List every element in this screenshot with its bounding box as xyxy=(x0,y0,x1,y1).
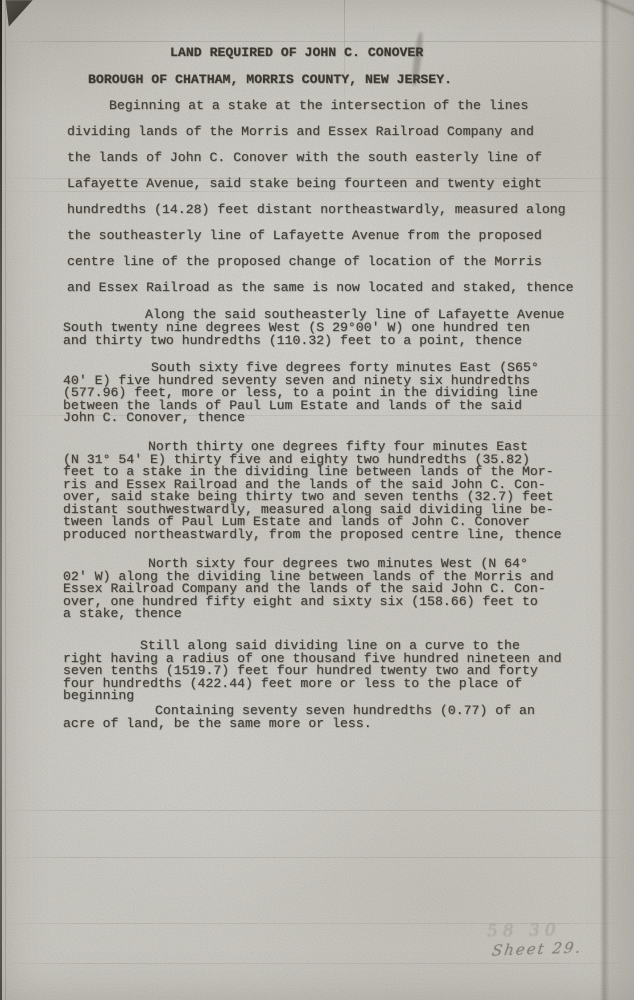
paragraph-beginning: Beginning at a stake at the intersection… xyxy=(67,93,573,301)
fold-crease-line xyxy=(0,810,634,811)
document-title: LAND REQUIRED OF JOHN C. CONOVER xyxy=(170,46,423,60)
folded-corner-mark xyxy=(0,0,40,28)
paragraph-course-southeast: South sixty five degrees forty minutes E… xyxy=(63,362,539,425)
scanned-document-page: LAND REQUIRED OF JOHN C. CONOVER BOROUGH… xyxy=(0,0,634,1000)
paragraph-course-northeast: North thirty one degrees fifty four minu… xyxy=(63,441,562,541)
page-right-fold-line xyxy=(600,0,609,1000)
fold-crease-line xyxy=(0,963,634,964)
paragraph-containing: Containing seventy seven hundredths (0.7… xyxy=(63,705,535,730)
fold-crease-line xyxy=(0,857,634,858)
document-subtitle: BOROUGH OF CHATHAM, MORRIS COUNTY, NEW J… xyxy=(88,73,452,87)
paragraph-course-lafayette: Along the said southeasterly line of Laf… xyxy=(63,308,564,347)
fold-crease-line xyxy=(0,41,634,42)
page-left-edge-shadow xyxy=(0,0,2,1000)
paragraph-course-northwest: North sixty four degrees two minutes Wes… xyxy=(63,558,554,621)
page-right-edge-strip xyxy=(609,0,634,1000)
page-left-edge-line xyxy=(5,0,6,1000)
sheet-number-annotation: Sheet 29. xyxy=(491,938,584,959)
paragraph-course-curve: Still along said dividing line on a curv… xyxy=(63,640,562,703)
faint-pencil-mark: 58 30 xyxy=(487,920,561,941)
